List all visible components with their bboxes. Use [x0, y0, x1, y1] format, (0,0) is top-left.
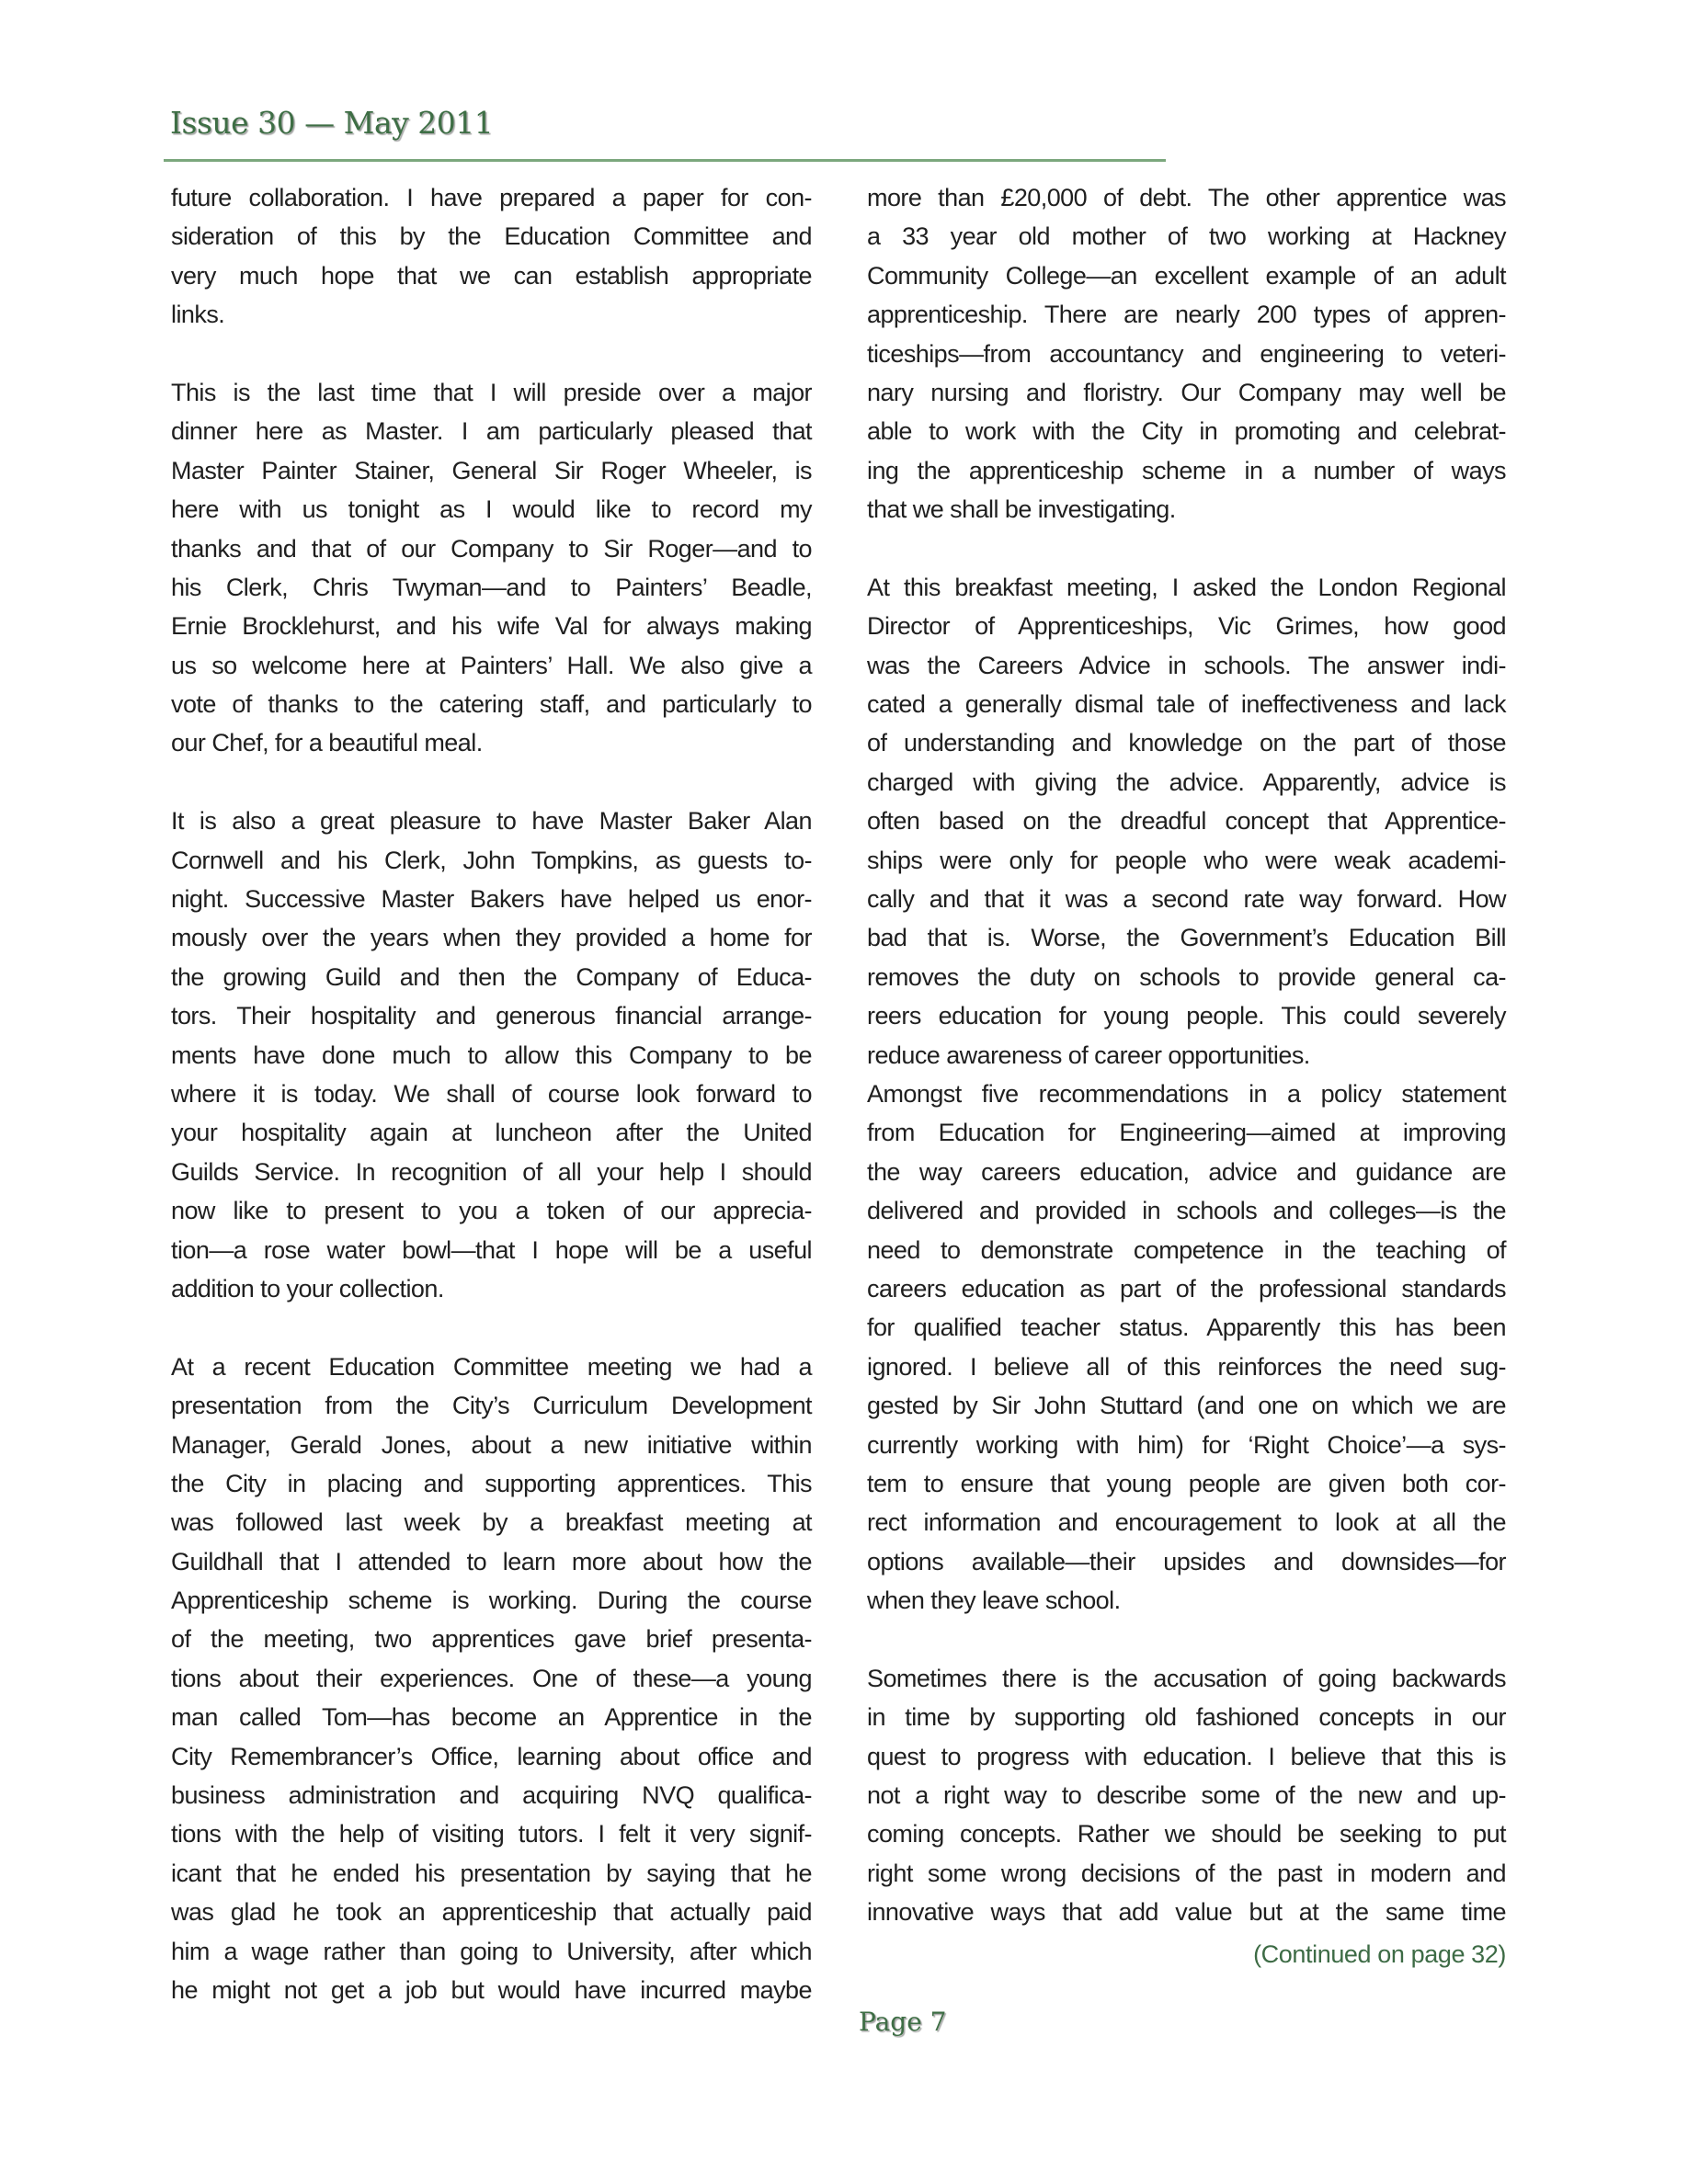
header-divider: [164, 159, 1166, 162]
text-line: tem to ensure that young people are give…: [867, 1464, 1506, 1503]
text-line: very much hope that we can establish app…: [171, 256, 812, 295]
text-line: thanks and that of our Company to Sir Ro…: [171, 529, 812, 568]
text-line: ments have done much to allow this Compa…: [171, 1036, 812, 1075]
text-line: now like to present to you a token of ou…: [171, 1191, 812, 1230]
text-line: of understanding and knowledge on the pa…: [867, 723, 1506, 762]
paragraph-gap: [171, 1308, 812, 1347]
text-line: bad that is. Worse, the Government’s Edu…: [867, 918, 1506, 957]
text-line: tion—a rose water bowl—that I hope will …: [171, 1231, 812, 1269]
text-line: need to demonstrate competence in the te…: [867, 1231, 1506, 1269]
paragraph-gap: [867, 529, 1506, 568]
text-line: Apprenticeship scheme is working. During…: [171, 1581, 812, 1620]
text-line: quest to progress with education. I beli…: [867, 1737, 1506, 1776]
text-line: man called Tom—has become an Apprentice …: [171, 1698, 812, 1736]
text-line: sideration of this by the Education Comm…: [171, 217, 812, 256]
issue-header-title: Issue 30 — May 2011: [170, 103, 493, 143]
text-line: ing the apprenticeship scheme in a numbe…: [867, 451, 1506, 490]
text-line: Community College—an excellent example o…: [867, 256, 1506, 295]
text-line: Guilds Service. In recognition of all yo…: [171, 1153, 812, 1191]
paragraph-gap: [867, 1620, 1506, 1658]
text-line: Cornwell and his Clerk, John Tompkins, a…: [171, 841, 812, 880]
body-paragraph: more than £20,000 of debt. The other app…: [867, 178, 1506, 529]
text-line: gested by Sir John Stuttard (and one on …: [867, 1386, 1506, 1425]
body-paragraph: future collaboration. I have prepared a …: [171, 178, 812, 335]
body-paragraph: This is the last time that I will presid…: [171, 373, 812, 763]
text-line: ticeships—from accountancy and engineeri…: [867, 335, 1506, 373]
text-line: was followed last week by a breakfast me…: [171, 1503, 812, 1541]
left-text-column: future collaboration. I have prepared a …: [171, 178, 812, 2009]
text-line: a 33 year old mother of two working at H…: [867, 217, 1506, 256]
text-line: links.: [171, 295, 812, 334]
text-line: dinner here as Master. I am particularly…: [171, 412, 812, 450]
newsletter-page: Issue 30 — May 2011 future collaboration…: [0, 0, 1688, 2184]
text-line: charged with giving the advice. Apparent…: [867, 763, 1506, 802]
text-line: mously over the years when they provided…: [171, 918, 812, 957]
text-line: Amongst five recommendations in a policy…: [867, 1075, 1506, 1113]
text-line: reduce awareness of career opportunities…: [867, 1036, 1506, 1075]
text-line: was the Careers Advice in schools. The a…: [867, 646, 1506, 685]
text-line: tions about their experiences. One of th…: [171, 1659, 812, 1698]
text-line: future collaboration. I have prepared a …: [171, 178, 812, 217]
text-line: when they leave school.: [867, 1581, 1506, 1620]
text-line: presentation from the City’s Curriculum …: [171, 1386, 812, 1425]
text-line: cated a generally dismal tale of ineffec…: [867, 685, 1506, 723]
text-line: reers education for young people. This c…: [867, 996, 1506, 1035]
text-line: business administration and acquiring NV…: [171, 1776, 812, 1814]
text-line: nary nursing and floristry. Our Company …: [867, 373, 1506, 412]
text-line: Ernie Brocklehurst, and his wife Val for…: [171, 607, 812, 645]
text-line: At this breakfast meeting, I asked the L…: [867, 568, 1506, 607]
text-line: for qualified teacher status. Apparently…: [867, 1308, 1506, 1347]
text-line: able to work with the City in promoting …: [867, 412, 1506, 450]
text-line: where it is today. We shall of course lo…: [171, 1075, 812, 1113]
text-line: delivered and provided in schools and co…: [867, 1191, 1506, 1230]
page-number: Page 7: [859, 2004, 946, 2041]
text-line: Master Painter Stainer, General Sir Roge…: [171, 451, 812, 490]
text-line: icant that he ended his presentation by …: [171, 1854, 812, 1893]
text-line: the growing Guild and then the Company o…: [171, 958, 812, 996]
text-line: the City in placing and supporting appre…: [171, 1464, 812, 1503]
text-line: Director of Apprenticeships, Vic Grimes,…: [867, 607, 1506, 645]
text-line: that we shall be investigating.: [867, 490, 1506, 529]
text-line: right some wrong decisions of the past i…: [867, 1854, 1506, 1893]
body-paragraph: Amongst five recommendations in a policy…: [867, 1075, 1506, 1620]
body-paragraph: It is also a great pleasure to have Mast…: [171, 802, 812, 1308]
text-line: innovative ways that add value but at th…: [867, 1893, 1506, 1931]
text-line: him a wage rather than going to Universi…: [171, 1932, 812, 1971]
text-line: of the meeting, two apprentices gave bri…: [171, 1620, 812, 1658]
text-line: the way careers education, advice and gu…: [867, 1153, 1506, 1191]
text-line: ships were only for people who were weak…: [867, 841, 1506, 880]
body-paragraph: At a recent Education Committee meeting …: [171, 1348, 812, 2010]
text-line: City Remembrancer’s Office, learning abo…: [171, 1737, 812, 1776]
text-line: coming concepts. Rather we should be see…: [867, 1814, 1506, 1853]
text-line: from Education for Engineering—aimed at …: [867, 1113, 1506, 1152]
continued-on-page-link[interactable]: (Continued on page 32): [1253, 1936, 1506, 1973]
text-line: vote of thanks to the catering staff, an…: [171, 685, 812, 723]
text-line: removes the duty on schools to provide g…: [867, 958, 1506, 996]
paragraph-gap: [171, 335, 812, 373]
text-line: us so welcome here at Painters’ Hall. We…: [171, 646, 812, 685]
body-paragraph: At this breakfast meeting, I asked the L…: [867, 568, 1506, 1075]
body-paragraph: Sometimes there is the accusation of goi…: [867, 1659, 1506, 1932]
text-line: tions with the help of visiting tutors. …: [171, 1814, 812, 1853]
text-line: he might not get a job but would have in…: [171, 1971, 812, 2009]
text-line: apprenticeship. There are nearly 200 typ…: [867, 295, 1506, 334]
text-line: your hospitality again at luncheon after…: [171, 1113, 812, 1152]
paragraph-gap: [171, 763, 812, 802]
text-line: here with us tonight as I would like to …: [171, 490, 812, 529]
text-line: It is also a great pleasure to have Mast…: [171, 802, 812, 840]
text-line: options available—their upsides and down…: [867, 1542, 1506, 1581]
text-line: currently working with him) for ‘Right C…: [867, 1426, 1506, 1464]
text-line: ignored. I believe all of this reinforce…: [867, 1348, 1506, 1386]
text-line: addition to your collection.: [171, 1269, 812, 1308]
text-line: At a recent Education Committee meeting …: [171, 1348, 812, 1386]
text-line: This is the last time that I will presid…: [171, 373, 812, 412]
text-line: Sometimes there is the accusation of goi…: [867, 1659, 1506, 1698]
text-line: in time by supporting old fashioned conc…: [867, 1698, 1506, 1736]
text-line: not a right way to describe some of the …: [867, 1776, 1506, 1814]
text-line: more than £20,000 of debt. The other app…: [867, 178, 1506, 217]
text-line: night. Successive Master Bakers have hel…: [171, 880, 812, 918]
text-line: was glad he took an apprenticeship that …: [171, 1893, 812, 1931]
right-text-column: more than £20,000 of debt. The other app…: [867, 178, 1506, 1932]
text-line: careers education as part of the profess…: [867, 1269, 1506, 1308]
text-line: often based on the dreadful concept that…: [867, 802, 1506, 840]
text-line: Manager, Gerald Jones, about a new initi…: [171, 1426, 812, 1464]
text-line: cally and that it was a second rate way …: [867, 880, 1506, 918]
text-line: our Chef, for a beautiful meal.: [171, 723, 812, 762]
text-line: tors. Their hospitality and generous fin…: [171, 996, 812, 1035]
text-line: Guildhall that I attended to learn more …: [171, 1542, 812, 1581]
text-line: his Clerk, Chris Twyman—and to Painters’…: [171, 568, 812, 607]
text-line: rect information and encouragement to lo…: [867, 1503, 1506, 1541]
